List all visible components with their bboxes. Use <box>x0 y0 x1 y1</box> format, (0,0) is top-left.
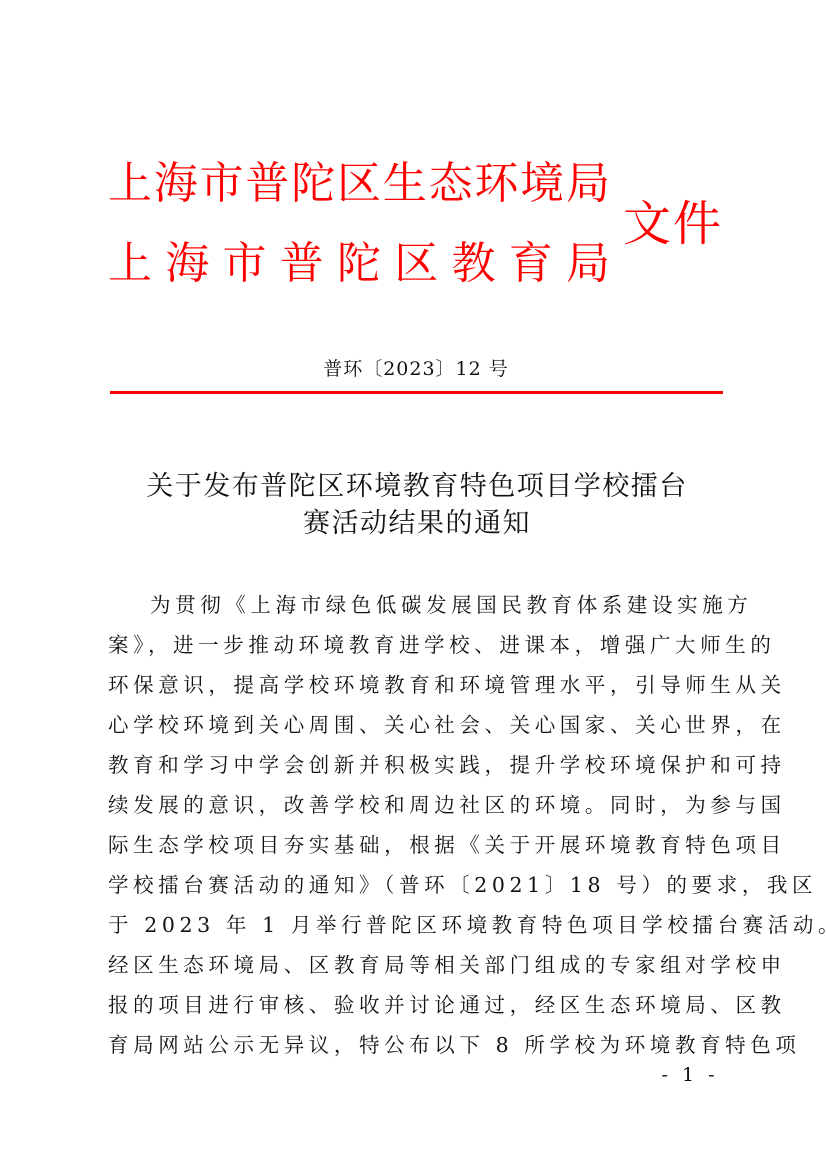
masthead-char: 局 <box>566 158 610 210</box>
masthead-char: 环 <box>474 158 518 210</box>
body-line: 为贯彻《上海市绿色低碳发展国民教育体系建设实施方 <box>108 585 718 625</box>
red-divider-rule <box>110 391 723 394</box>
masthead-char: 生 <box>383 158 427 210</box>
masthead-char: 上 <box>108 158 152 210</box>
masthead-char: 局 <box>566 238 610 290</box>
body-line: 于 2023 年 1 月举行普陀区环境教育特色项目学校擂台赛活动。 <box>108 905 718 945</box>
body-line: 环保意识，提高学校环境教育和环境管理水平，引导师生从关 <box>108 665 718 705</box>
red-masthead: 上 海 市 普 陀 区 生 态 环 境 局 上 海 市 普 陀 区 教 育 局 … <box>108 150 728 300</box>
masthead-char: 普 <box>280 238 324 290</box>
masthead-document-suffix: 文件 <box>623 196 723 252</box>
body-line: 育局网站公示无异议，特公布以下 8 所学校为环境教育特色项 <box>108 1025 718 1065</box>
body-line: 报的项目进行审核、验收并讨论通过，经区生态环境局、区教 <box>108 985 718 1025</box>
body-paragraph: 为贯彻《上海市绿色低碳发展国民教育体系建设实施方 案》，进一步推动环境教育进学校… <box>108 585 718 1065</box>
masthead-char: 教 <box>452 238 496 290</box>
masthead-char: 态 <box>429 158 473 210</box>
masthead-char: 海 <box>154 158 198 210</box>
masthead-char: 境 <box>520 158 564 210</box>
masthead-char: 区 <box>337 158 381 210</box>
body-line: 案》，进一步推动环境教育进学校、进课本，增强广大师生的 <box>108 625 718 665</box>
body-line: 续发展的意识，改善学校和周边社区的环境。同时，为参与国 <box>108 785 718 825</box>
masthead-issuer-environment: 上 海 市 普 陀 区 生 态 环 境 局 <box>108 158 610 210</box>
document-number: 普环〔2023〕12 号 <box>0 356 826 382</box>
masthead-char: 区 <box>394 238 438 290</box>
masthead-issuer-education: 上 海 市 普 陀 区 教 育 局 <box>108 238 610 290</box>
masthead-char: 陀 <box>337 238 381 290</box>
masthead-char: 市 <box>223 238 267 290</box>
title-line-1: 关于发布普陀区环境教育特色项目学校擂台 <box>108 468 726 505</box>
masthead-char: 育 <box>509 238 553 290</box>
document-page: 上 海 市 普 陀 区 生 态 环 境 局 上 海 市 普 陀 区 教 育 局 … <box>0 0 826 1169</box>
document-title: 关于发布普陀区环境教育特色项目学校擂台 赛活动结果的通知 <box>108 468 726 542</box>
masthead-char: 海 <box>165 238 209 290</box>
masthead-char: 普 <box>245 158 289 210</box>
page-number: - 1 - <box>660 1062 720 1088</box>
body-line: 学校擂台赛活动的通知》（普环〔2021〕18 号）的要求，我区 <box>108 865 718 905</box>
title-line-2: 赛活动结果的通知 <box>108 505 726 542</box>
body-line: 经区生态环境局、区教育局等相关部门组成的专家组对学校申 <box>108 945 718 985</box>
body-line: 教育和学习中学会创新并积极实践，提升学校环境保护和可持 <box>108 745 718 785</box>
masthead-char: 市 <box>200 158 244 210</box>
body-line: 际生态学校项目夯实基础，根据《关于开展环境教育特色项目 <box>108 825 718 865</box>
body-line: 心学校环境到关心周围、关心社会、关心国家、关心世界，在 <box>108 705 718 745</box>
masthead-char: 陀 <box>291 158 335 210</box>
masthead-char: 上 <box>108 238 152 290</box>
